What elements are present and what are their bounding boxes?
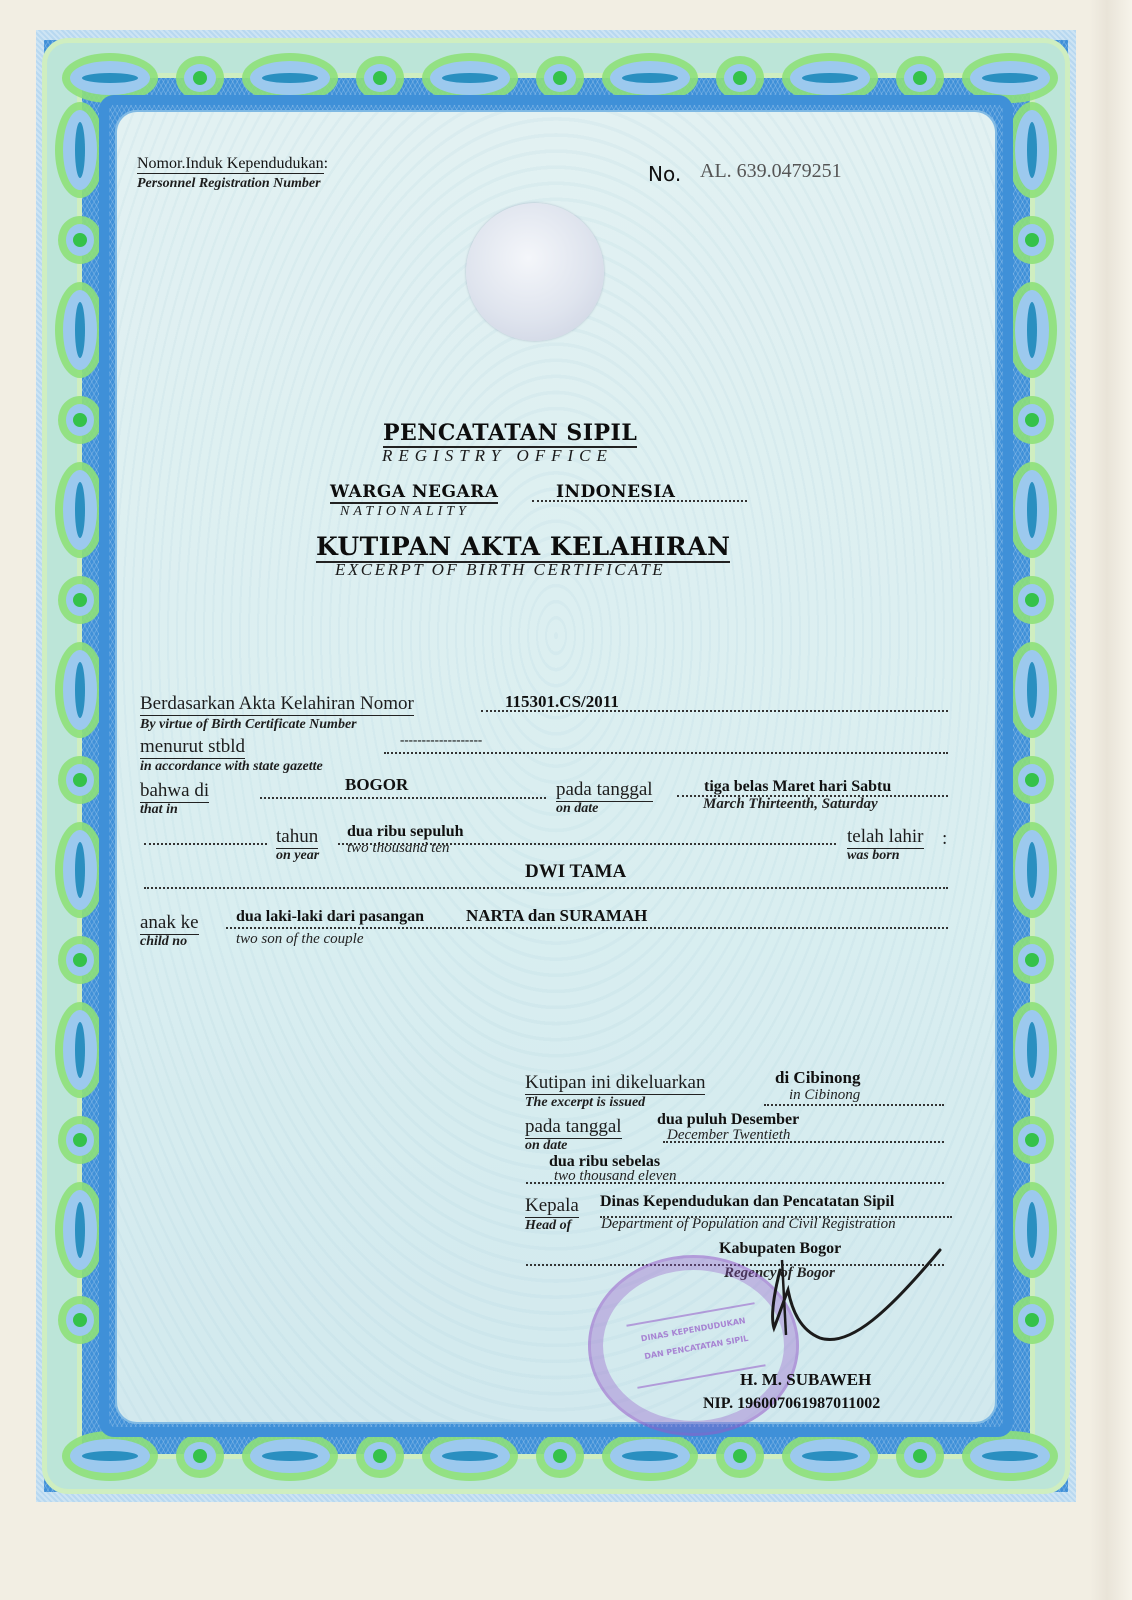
issued-label: Kutipan ini dikeluarkan xyxy=(525,1072,705,1095)
issued-date-label: pada tanggal xyxy=(525,1116,622,1139)
stbld-label-en: in accordance with state gazette xyxy=(140,759,323,775)
issued-date-value-en: December Twentieth xyxy=(667,1127,790,1144)
child-order-value: dua laki-laki dari pasangan xyxy=(236,908,424,926)
child-order-dotted-line xyxy=(226,927,948,929)
nik-label-en: Personnel Registration Number xyxy=(137,176,321,192)
stbld-label: menurut stbld xyxy=(140,736,245,759)
nationality-label: WARGA NEGARA xyxy=(330,482,498,504)
child-order-label: anak ke xyxy=(140,912,199,935)
birth-date-label-en: on date xyxy=(556,801,598,817)
year-value: dua ribu sepuluh xyxy=(347,823,464,841)
head-label-en: Head of xyxy=(525,1218,571,1234)
department-name: Dinas Kependudukan dan Pencatatan Sipil xyxy=(600,1193,894,1211)
year-leading-dotted-line xyxy=(144,843,267,845)
nik-colon: : xyxy=(324,155,328,172)
nationality-label-en: NATIONALITY xyxy=(340,504,470,520)
place-label: bahwa di xyxy=(140,780,209,803)
issued-place-dotted-line xyxy=(764,1104,944,1106)
issued-date-label-en: on date xyxy=(525,1138,567,1154)
document-title-en: EXCERPT OF BIRTH CERTIFICATE xyxy=(335,560,665,580)
hologram-seal-icon xyxy=(466,203,604,341)
document-title: KUTIPAN AKTA KELAHIRAN xyxy=(316,532,730,563)
parents-names: NARTA dan SURAMAH xyxy=(466,906,647,926)
birth-date-value-en: March Thirteenth, Saturday xyxy=(703,796,878,813)
signature-icon xyxy=(740,1230,950,1370)
office-title: PENCATATAN SIPIL xyxy=(383,420,637,448)
office-title-en: REGISTRY OFFICE xyxy=(382,446,613,466)
nik-label: Nomor.Induk Kependudukan xyxy=(137,155,324,174)
issued-year-value-en: two thousand eleven xyxy=(554,1168,676,1185)
place-dotted-line xyxy=(260,797,546,799)
official-name: H. M. SUBAWEH xyxy=(740,1370,871,1390)
born-label: telah lahir xyxy=(847,826,924,849)
serial-prefix: No. xyxy=(648,162,681,186)
born-colon: : xyxy=(942,828,947,850)
place-value: BOGOR xyxy=(345,775,408,795)
stbld-dotted-line xyxy=(384,752,948,754)
issued-place: di Cibinong xyxy=(775,1068,861,1088)
birth-date-value: tiga belas Maret hari Sabtu xyxy=(704,778,891,796)
cert-number-label: Berdasarkan Akta Kelahiran Nomor xyxy=(140,693,414,716)
year-label: tahun xyxy=(276,826,318,849)
head-label: Kepala xyxy=(525,1195,579,1218)
stbld-value: ------------------- xyxy=(400,732,482,748)
year-value-en: two thousand ten xyxy=(347,840,450,857)
official-nip: NIP. 196007061987011002 xyxy=(703,1395,880,1413)
nationality-value: INDONESIA xyxy=(556,482,675,502)
cert-number-label-en: By virtue of Birth Certificate Number xyxy=(140,717,357,733)
child-order-label-en: child no xyxy=(140,934,187,950)
issued-label-en: The excerpt is issued xyxy=(525,1095,645,1111)
child-name-dotted-line xyxy=(144,887,948,889)
birth-date-label: pada tanggal xyxy=(556,779,653,802)
year-label-en: on year xyxy=(276,848,319,864)
serial-number: AL. 639.0479251 xyxy=(700,160,842,183)
place-label-en: that in xyxy=(140,802,178,818)
born-label-en: was born xyxy=(847,848,900,864)
issued-place-en: in Cibinong xyxy=(789,1087,860,1104)
cert-number-value: 115301.CS/2011 xyxy=(505,692,619,712)
nik-label-block: Nomor.Induk Kependudukan: xyxy=(137,153,328,173)
child-name: DWI TAMA xyxy=(525,861,626,883)
child-order-value-en: two son of the couple xyxy=(236,931,364,948)
